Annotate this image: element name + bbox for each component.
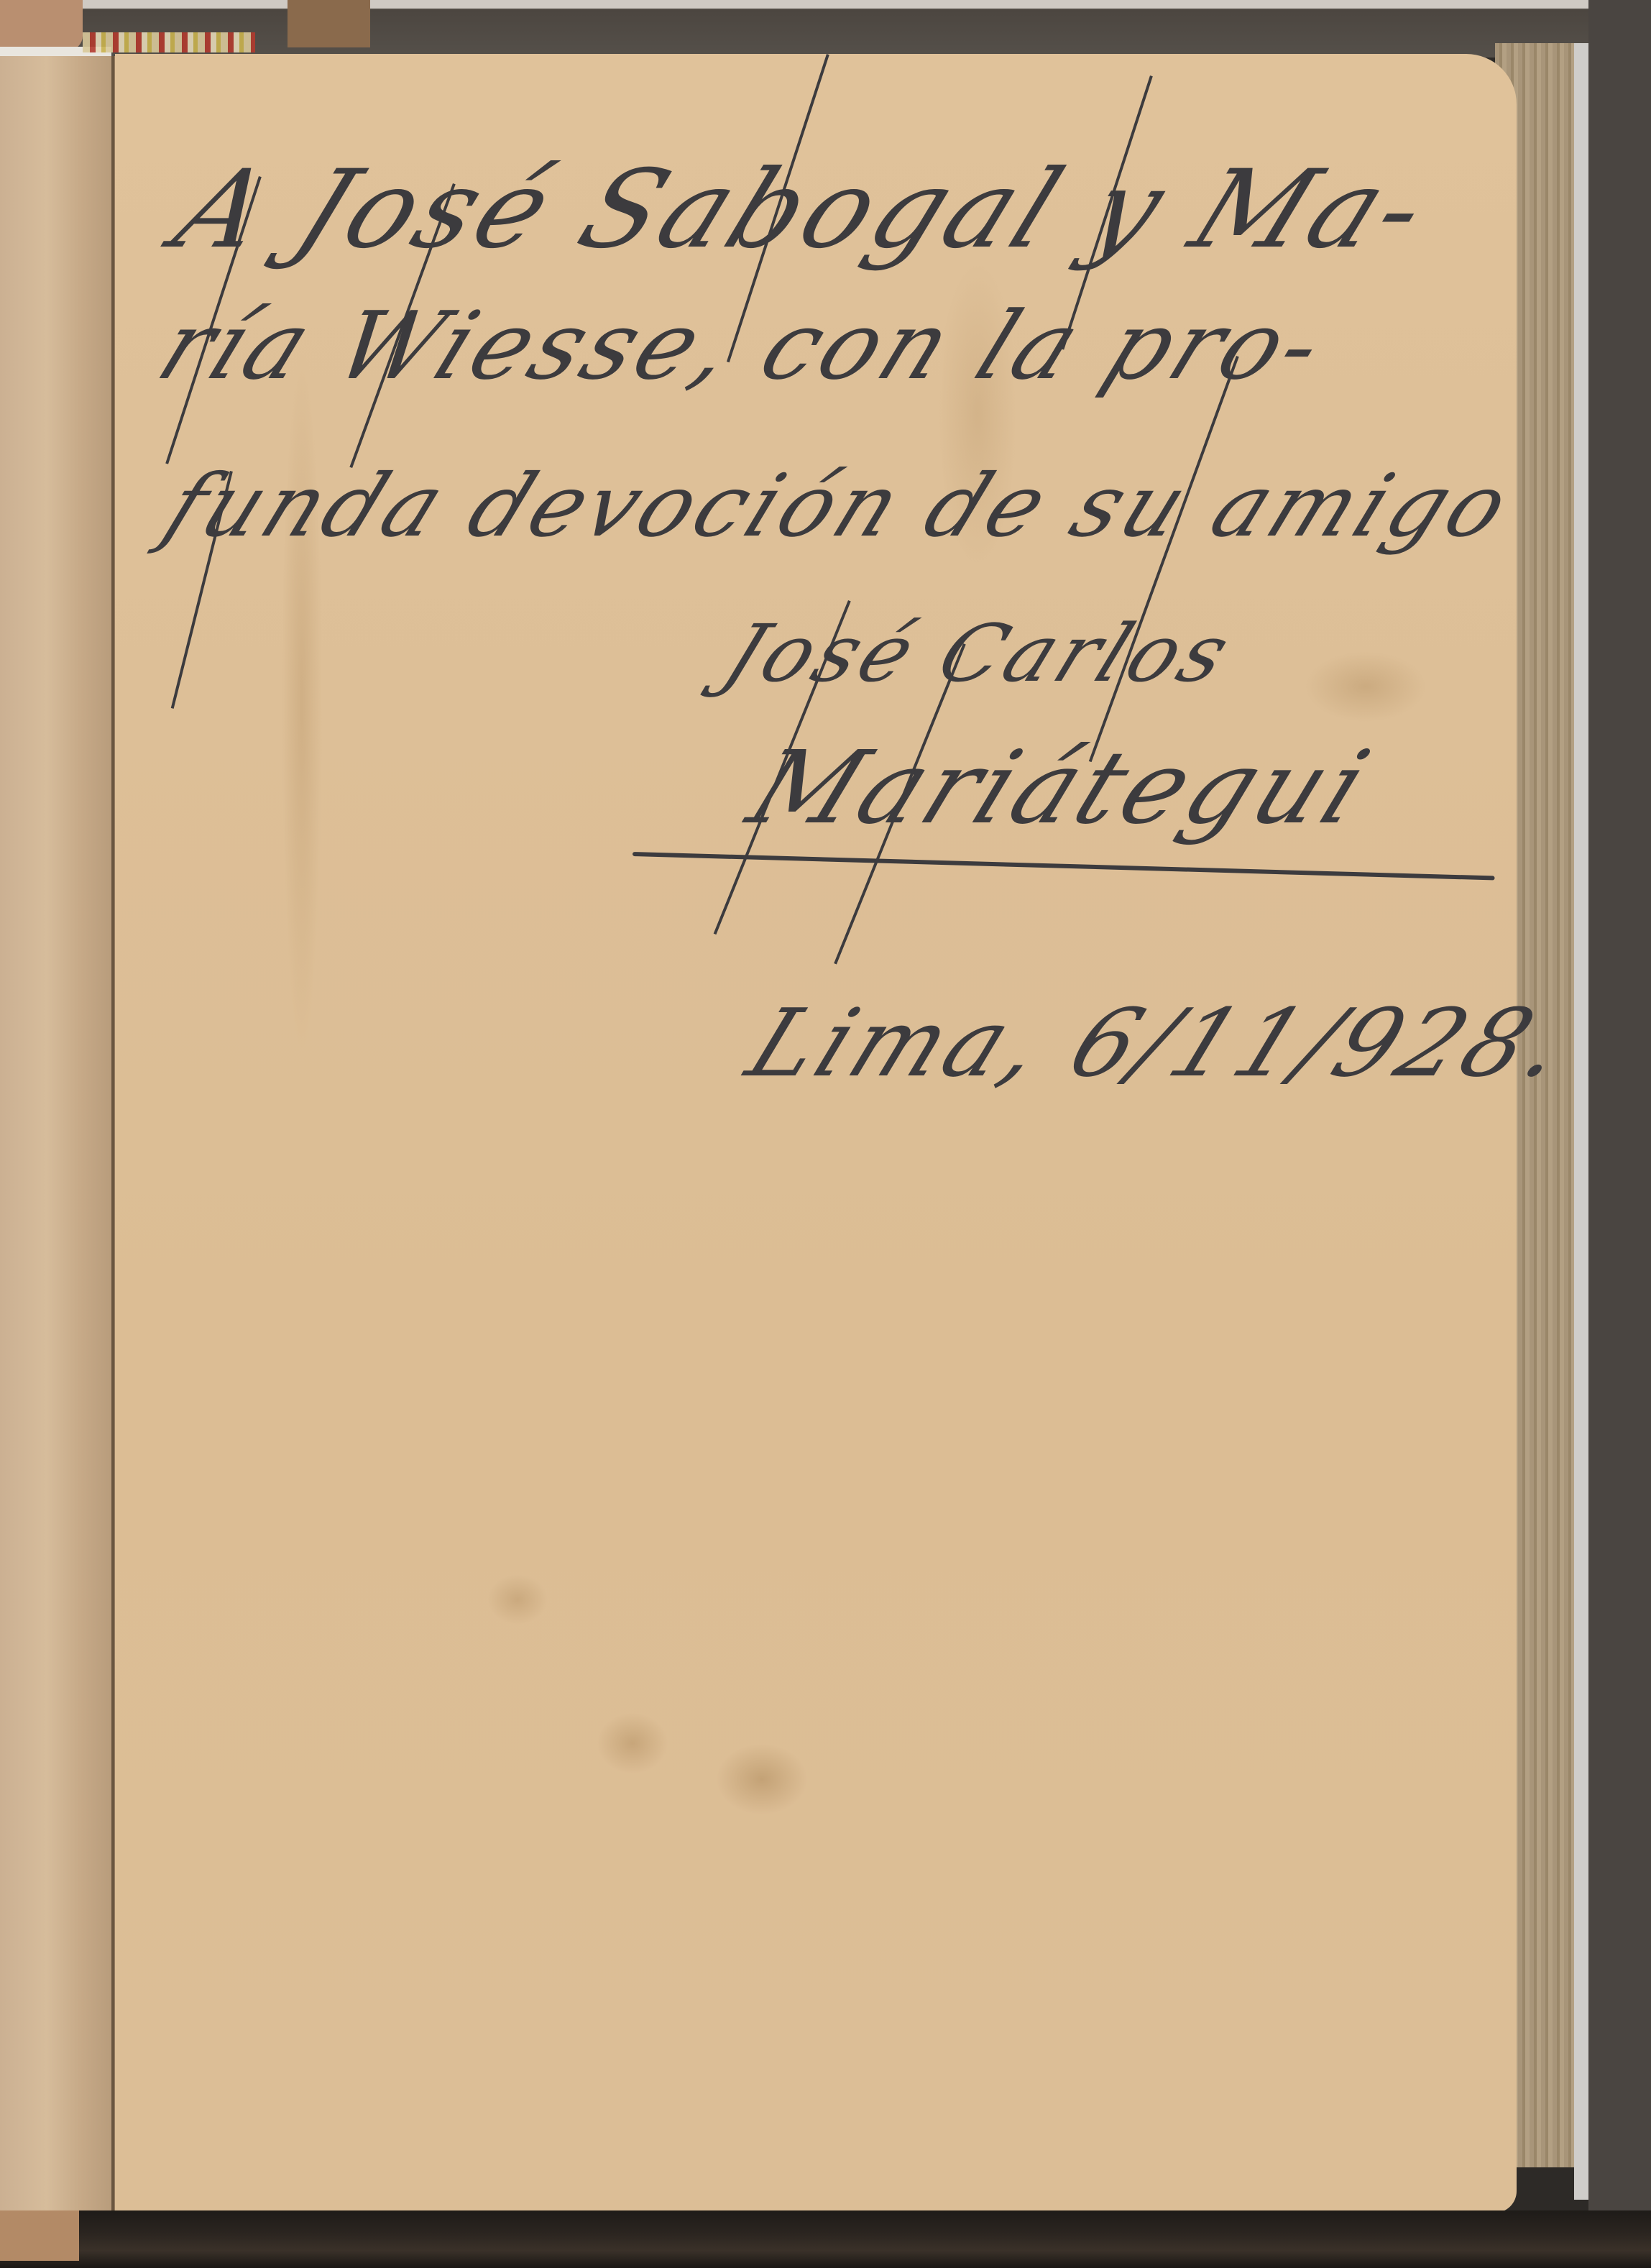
signature-underline: [633, 852, 1495, 881]
adjacent-book-cover: [0, 0, 83, 50]
handwritten-dedication: A José Sabogal y Ma- ría Wiesse, con la …: [115, 54, 1517, 2213]
place-and-date: Lima, 6/11/928.: [733, 988, 1587, 1098]
background-shelf: [0, 0, 1651, 58]
dedication-line-3: funda devoción de su amigo: [151, 456, 1527, 556]
dedication-line-1: A José Sabogal y Ma-: [158, 147, 1449, 272]
spine-shadow: [288, 0, 370, 47]
case-mat-edge: [1574, 43, 1588, 2200]
display-case-frame: [1588, 0, 1651, 2268]
signature-surname: Mariátegui: [733, 730, 1389, 847]
adjacent-book-foot: [0, 2210, 79, 2261]
descender-stroke: [1089, 356, 1239, 762]
headband: [83, 32, 255, 52]
book-gutter: [111, 56, 114, 2213]
signature-first-names: José Carlos: [712, 607, 1247, 699]
left-page: [0, 56, 116, 2213]
display-case-bottom: [0, 2210, 1651, 2268]
